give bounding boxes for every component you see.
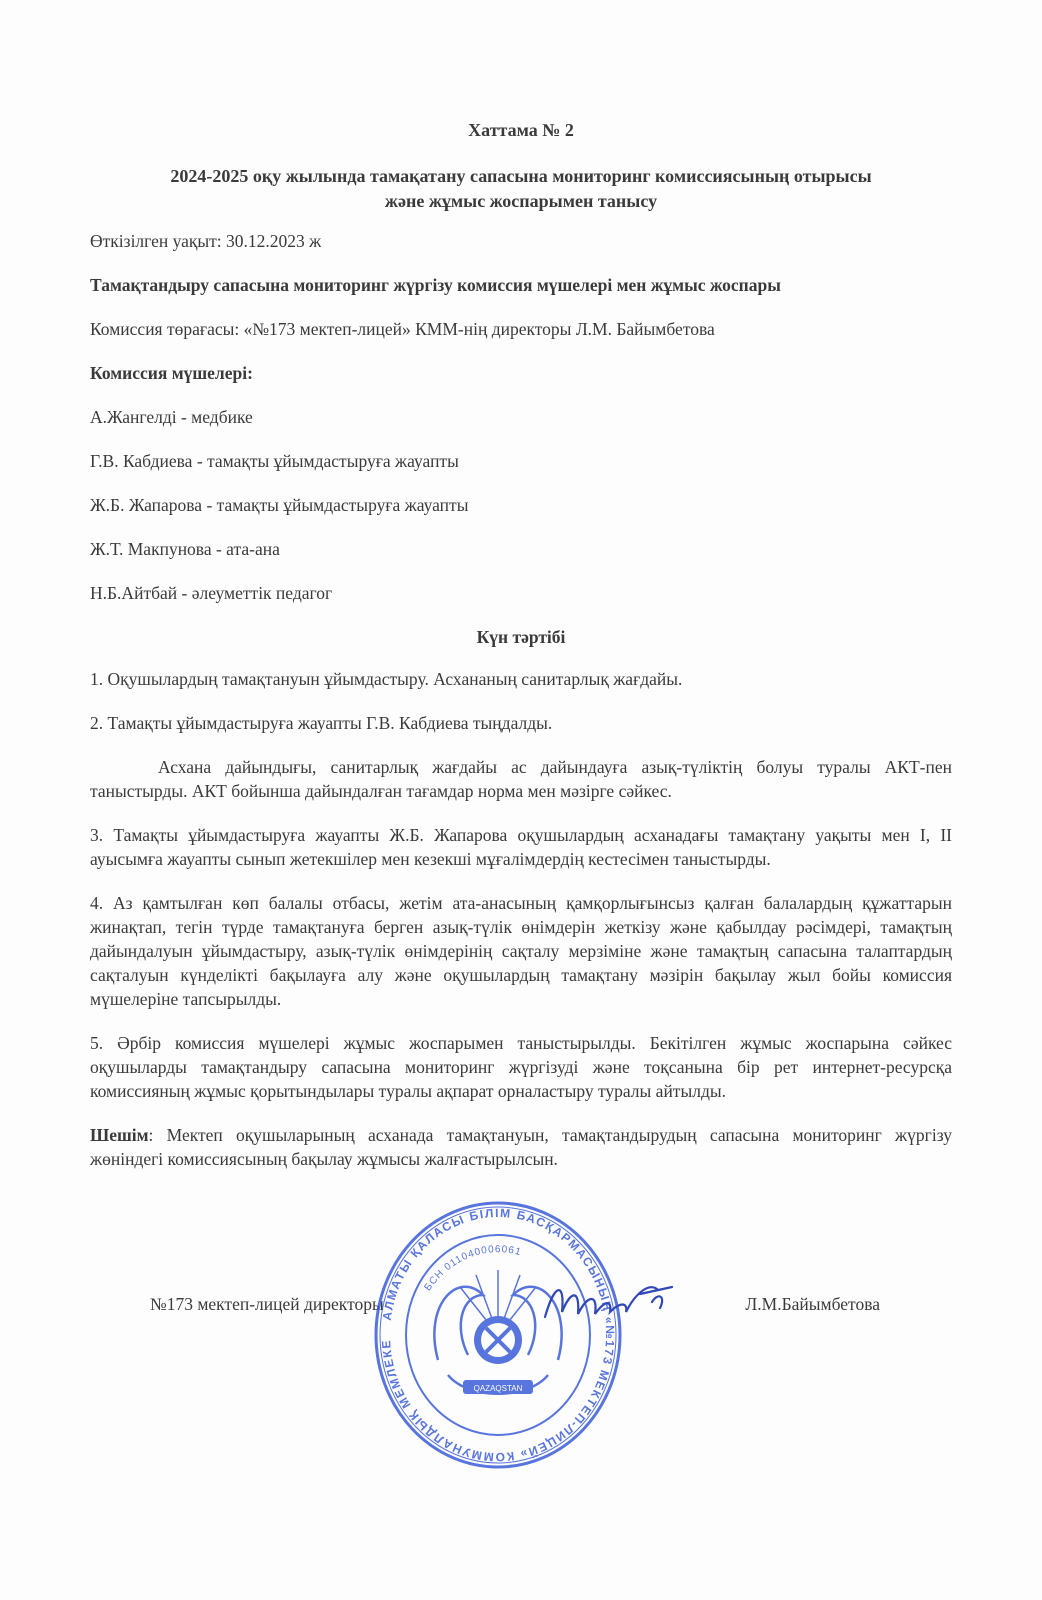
signatory-name: Л.М.Байымбетова: [745, 1294, 880, 1315]
decision-label: Шешім: [90, 1125, 149, 1145]
agenda-item: 5. Әрбір комиссия мүшелері жұмыс жоспары…: [90, 1031, 952, 1103]
subtitle-line-2: және жұмыс жоспарымен танысу: [385, 191, 657, 211]
agenda-item: 2. Тамақты ұйымдастыруға жауапты Г.В. Ка…: [90, 711, 952, 735]
members-heading: Комиссия мүшелері:: [90, 361, 952, 385]
svg-text:БСН 011040006061: БСН 011040006061: [423, 1244, 523, 1293]
document-page: Хаттама № 2 2024-2025 оқу жылында тамақа…: [0, 0, 1042, 1600]
decision: Шешім: Мектеп оқушыларының асханада тама…: [90, 1123, 952, 1171]
agenda-item-detail: Асхана дайындығы, санитарлық жағдайы ас …: [90, 755, 952, 803]
member-item: Ж.Т. Макпунова - ата-ана: [90, 537, 952, 561]
document-body: Хаттама № 2 2024-2025 оқу жылында тамақа…: [90, 118, 952, 1171]
agenda-heading: Күн тәртібі: [90, 625, 952, 649]
section-heading: Тамақтандыру сапасына мониторинг жүргізу…: [90, 273, 952, 297]
document-title: Хаттама № 2: [90, 118, 952, 142]
document-subtitle: 2024-2025 оқу жылында тамақатану сапасын…: [90, 164, 952, 214]
agenda-item: 3. Тамақты ұйымдастыруға жауапты Ж.Б. Жа…: [90, 823, 952, 871]
signature-icon: [540, 1272, 680, 1332]
member-item: А.Жангелді - медбике: [90, 405, 952, 429]
members-list: А.Жангелді - медбике Г.В. Кабдиева - там…: [90, 405, 952, 605]
svg-text:QAZAQSTAN: QAZAQSTAN: [474, 1384, 523, 1393]
commission-chair: Комиссия төрағасы: «№173 мектеп-лицей» К…: [90, 317, 952, 341]
member-item: Ж.Б. Жапарова - тамақты ұйымдастыруға жа…: [90, 493, 952, 517]
official-stamp-icon: АЛМАТЫ ҚАЛАСЫ БІЛІМ БАСҚАРМАСЫНЫҢ «№173 …: [368, 1185, 628, 1485]
agenda-item: 4. Аз қамтылған көп балалы отбасы, жетім…: [90, 891, 952, 1011]
meeting-date: Өткізілген уақыт: 30.12.2023 ж: [90, 229, 952, 253]
subtitle-line-1: 2024-2025 оқу жылында тамақатану сапасын…: [170, 166, 871, 186]
member-item: Г.В. Кабдиева - тамақты ұйымдастыруға жа…: [90, 449, 952, 473]
member-item: Н.Б.Айтбай - әлеуметтік педагог: [90, 581, 952, 605]
agenda-item: 1. Оқушылардың тамақтануын ұйымдастыру. …: [90, 667, 952, 691]
signatory-position: №173 мектеп-лицей директоры: [150, 1294, 384, 1315]
decision-text: : Мектеп оқушыларының асханада тамақтану…: [90, 1125, 952, 1169]
